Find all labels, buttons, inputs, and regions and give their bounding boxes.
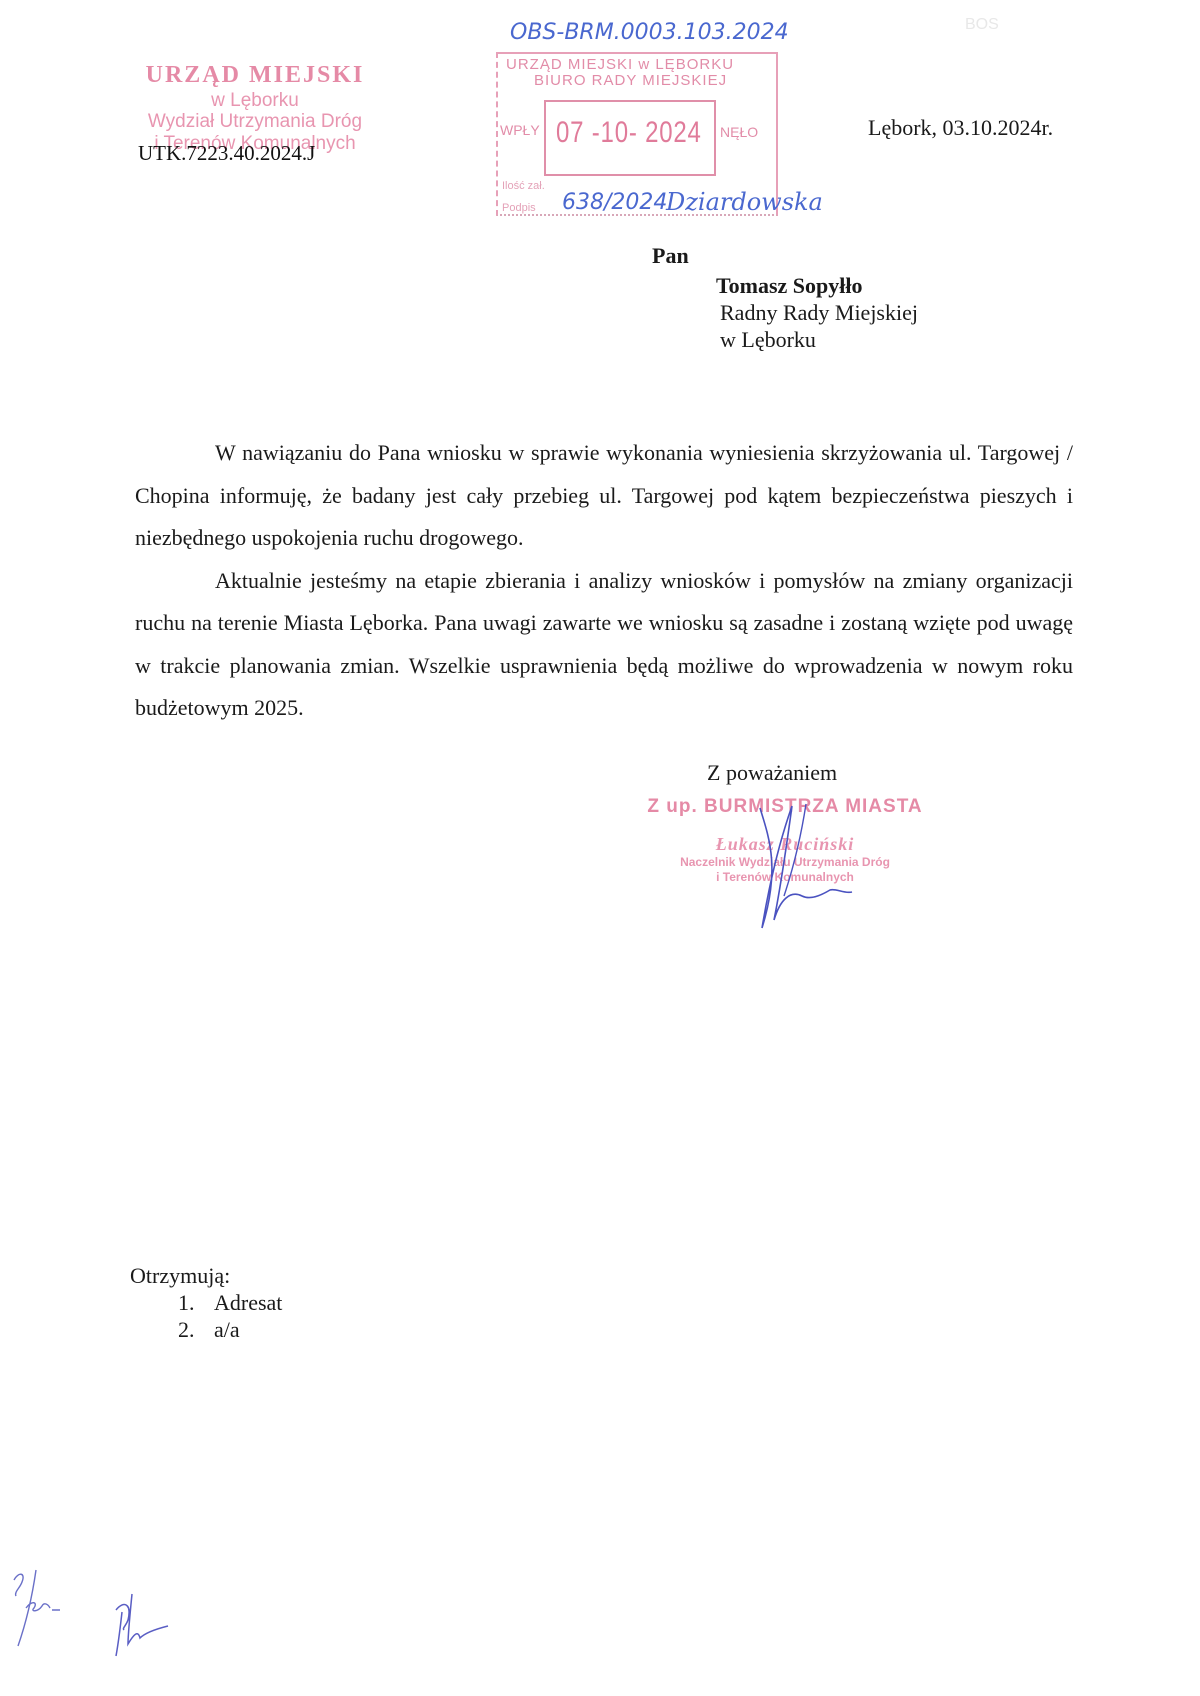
handwritten-case-number: OBS-BRM.0003.103.2024	[510, 20, 789, 45]
place-and-date: Lębork, 03.10.2024r.	[868, 115, 1053, 141]
addressee-salutation: Pan	[652, 242, 689, 269]
signature-label: Podpis	[502, 202, 536, 214]
addressee-city: w Lęborku	[720, 326, 816, 353]
recipients-label: Otrzymują:	[130, 1262, 282, 1289]
faint-mark: BOS	[965, 16, 999, 34]
stamp-office-city: w Lęborku	[120, 90, 390, 112]
handwritten-signature-icon	[740, 800, 880, 930]
handwritten-registration-number: 638/2024	[562, 190, 667, 215]
stamp-office-line1: URZĄD MIEJSKI w LĘBORKU	[506, 56, 734, 73]
handwritten-clerk-signature: Dziardowska	[666, 188, 823, 216]
received-label-right: NĘŁO	[720, 124, 758, 140]
recipient-item: Adresat	[200, 1289, 282, 1316]
stamp-office-name: URZĄD MIEJSKI	[120, 62, 390, 90]
recipient-item: a/a	[200, 1316, 282, 1343]
body-paragraph: W nawiązaniu do Pana wniosku w sprawie w…	[135, 432, 1073, 560]
registration-stamp: OBS-BRM.0003.103.2024 URZĄD MIEJSKI w LĘ…	[496, 40, 776, 216]
initials-mark-icon	[8, 1568, 68, 1648]
reference-number: UTK.7223.40.2024.J	[138, 141, 315, 166]
addressee-name: Tomasz Sopyłło	[716, 272, 863, 299]
body-paragraph: Aktualnie jesteśmy na etapie zbierania i…	[135, 560, 1073, 730]
received-date: 07 -10- 2024	[556, 116, 702, 150]
recipients-block: Otrzymują: Adresat a/a	[130, 1262, 282, 1343]
recipients-list: Adresat a/a	[130, 1289, 282, 1343]
stamp-office-line2: BIURO RADY MIEJSKIEJ	[534, 72, 727, 89]
received-label-left: WPŁY	[500, 122, 540, 138]
addressee-role: Radny Rady Miejskiej	[720, 299, 918, 326]
stamp-department: Wydział Utrzymania Dróg	[120, 111, 390, 133]
attachments-label: Ilość zał.	[502, 180, 545, 192]
initials-signature-icon	[112, 1590, 182, 1660]
letter-body: W nawiązaniu do Pana wniosku w sprawie w…	[135, 432, 1073, 730]
closing-phrase: Z poważaniem	[707, 760, 837, 786]
